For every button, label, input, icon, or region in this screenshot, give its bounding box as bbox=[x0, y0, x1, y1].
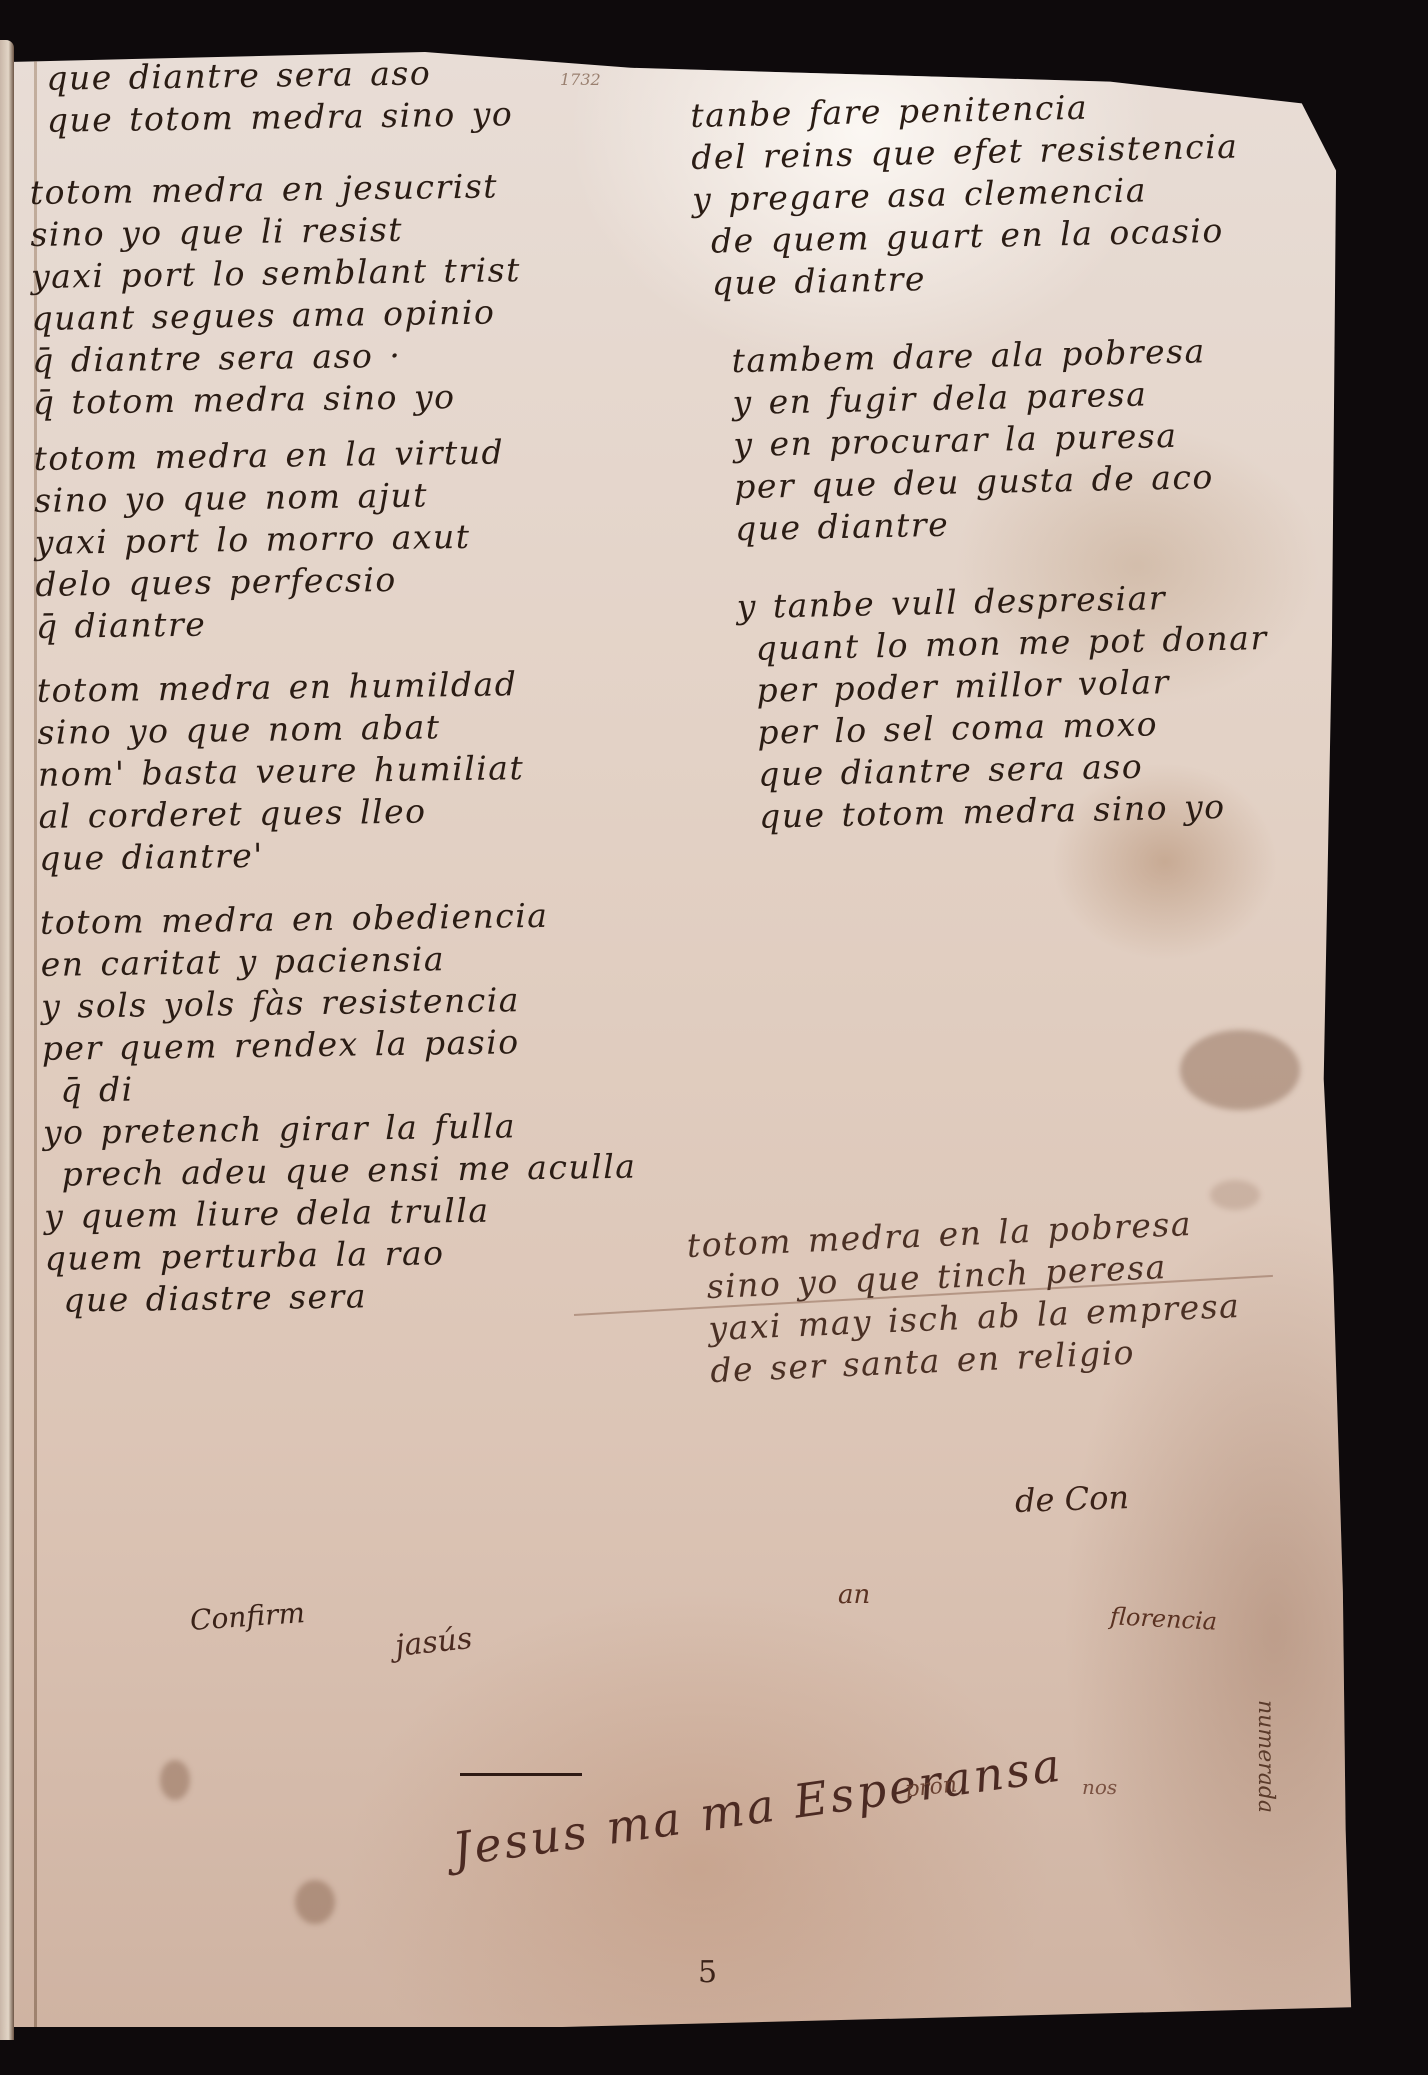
stanza: que diantre sera aso que totom medra sin… bbox=[28, 50, 622, 142]
stain bbox=[295, 1880, 335, 1924]
stanza: tanbe fare penitencia del reins que efet… bbox=[690, 83, 1260, 305]
left-column: que diantre sera aso que totom medra sin… bbox=[28, 50, 638, 1322]
stanza: totom medra en jesucrist sino yo que li … bbox=[30, 164, 626, 424]
stanza: totom medra en la virtud sino yo que nom… bbox=[33, 430, 629, 648]
signature-nos: nos bbox=[1082, 1775, 1117, 1799]
stanza: yo pretench girar la fulla prech adeu qu… bbox=[43, 1104, 639, 1322]
signature-de-con: de Con bbox=[1014, 1478, 1129, 1520]
stanza: tambem dare ala pobresa y en fugir dela … bbox=[695, 329, 1265, 551]
page-number: 5 bbox=[698, 1955, 717, 1990]
right-column-lower-stanza: totom medra en la pobresa sino yo que ti… bbox=[686, 1201, 1243, 1393]
margin-note: numerada bbox=[1253, 1700, 1278, 1813]
signature-flourish-bar bbox=[460, 1773, 582, 1776]
stanza: y tanbe vull despresiar quant lo mon me … bbox=[700, 575, 1271, 839]
stanza: totom medra en humildad sino yo que nom … bbox=[37, 662, 633, 880]
stain bbox=[160, 1760, 190, 1800]
adjacent-page-edge bbox=[0, 40, 14, 2040]
right-column: tanbe fare penitencia del reins que efet… bbox=[690, 83, 1272, 839]
signature-an: an bbox=[838, 1580, 870, 1610]
verse-line: que diastre sera bbox=[45, 1272, 638, 1322]
signature-florencia: florencia bbox=[1109, 1602, 1217, 1636]
stanza: totom medra en obediencia en caritat y p… bbox=[40, 894, 636, 1112]
verse-line: totom medra en obediencia bbox=[40, 894, 633, 944]
verse-line: prech adeu que ensi me aculla bbox=[43, 1146, 636, 1196]
stain bbox=[1180, 1030, 1300, 1110]
